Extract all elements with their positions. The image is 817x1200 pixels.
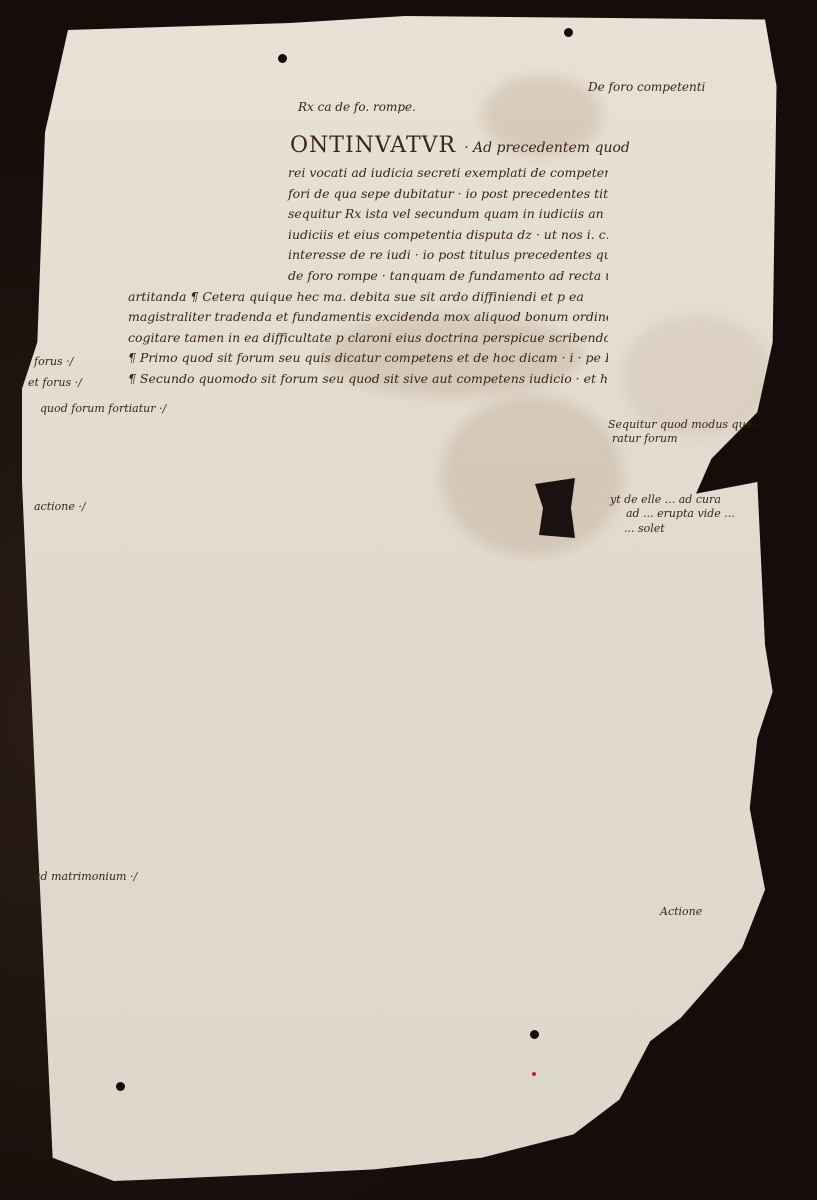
incipit-rest: · Ad precedentem quod xyxy=(464,140,630,156)
left-margin-note: quod forum fortiatur ·/ xyxy=(40,402,166,415)
incipit-initials: ONTINVATVR xyxy=(290,133,456,158)
text-line: iudiciis et eius competentia disputa dz … xyxy=(128,225,608,246)
left-margin-note: ad matrimonium ·/ xyxy=(34,870,137,883)
text-line: ¶ Primo quod sit forum seu quis dicatur … xyxy=(128,348,608,369)
red-mark xyxy=(532,1072,536,1076)
text-line: de foro rompe · tanquam de fundamento ad… xyxy=(128,266,608,287)
binding-hole xyxy=(530,1030,539,1039)
text-line: magistraliter tradenda et fundamentis ex… xyxy=(128,307,608,328)
left-margin-note: forus ·/ xyxy=(34,355,73,368)
right-margin-note: Actione xyxy=(660,905,702,918)
left-margin-note: et forus ·/ xyxy=(28,376,82,389)
text-line: ¶ Secundo quomodo sit forum seu quod sit… xyxy=(128,369,608,390)
text-line: fori de qua sepe dubitatur · io post pre… xyxy=(128,184,608,205)
text-line: sequitur Rx ista vel secundum quam in iu… xyxy=(128,204,608,225)
right-margin-note: ... solet xyxy=(624,522,665,535)
text-line: rei vocati ad iudicia secreti exemplati … xyxy=(128,163,608,184)
binding-hole xyxy=(278,54,287,63)
right-margin-note: ad ... erupta vide ... xyxy=(626,507,735,520)
right-margin-note: ratur forum xyxy=(612,432,678,445)
main-text-block: rei vocati ad iudicia secreti exemplati … xyxy=(128,163,608,390)
left-margin-note: actione ·/ xyxy=(34,500,86,513)
right-margin-note: Sequitur quod modus que- xyxy=(608,418,756,431)
rubric: Rx ca de fo. rompe. xyxy=(298,100,416,114)
incipit: ONTINVATVR · Ad precedentem quod xyxy=(290,133,630,158)
text-line: artitanda ¶ Cetera quique hec ma. debita… xyxy=(128,287,608,308)
text-line: cogitare tamen in ea difficultate p clar… xyxy=(128,328,608,349)
binding-hole xyxy=(564,28,573,37)
running-title: De foro competenti xyxy=(588,80,705,94)
right-margin-note: yt de elle ... ad cura xyxy=(610,493,721,506)
binding-hole xyxy=(116,1082,125,1091)
text-line: interesse de re iudi · io post titulus p… xyxy=(128,245,608,266)
